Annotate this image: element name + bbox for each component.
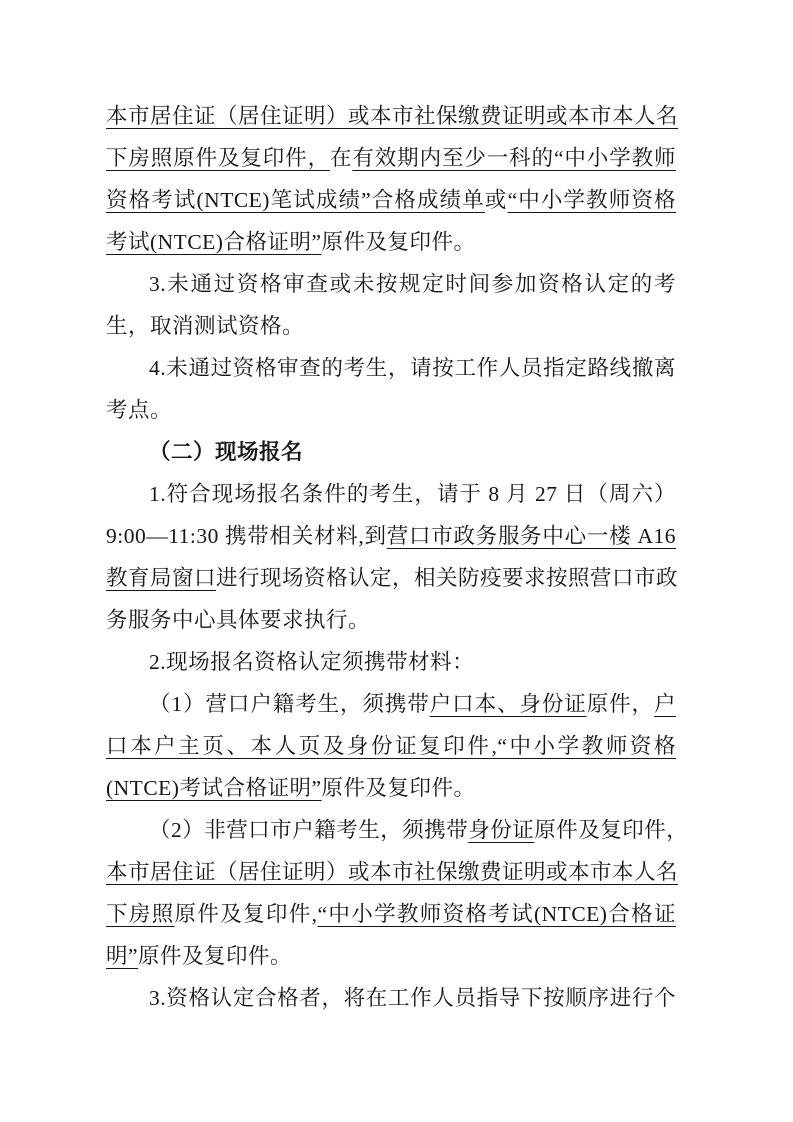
text-line: 4.未通过资格审查的考生，请按工作人员指定路线撤离 (106, 347, 676, 389)
text-run: 3.未通过资格审查或未按规定时间参加资格认定的考 (149, 272, 676, 296)
text-line: 明”原件及复印件。 (106, 935, 676, 977)
underlined-text-run: “中小学教师资格 (508, 188, 676, 212)
text-line: 考试(NTCE)合格证明”原件及复印件。 (106, 221, 676, 263)
underlined-text-run: 本市居住证（居住证明）或本市社保缴费证明或本市本人名 (106, 104, 678, 128)
underlined-text-run: 明” (106, 944, 138, 968)
underlined-text-run: 下房照 (106, 902, 175, 926)
text-run: （2）非营口市户籍考生，须携带 (149, 818, 468, 842)
document-page: 本市居住证（居住证明）或本市社保缴费证明或本市本人名下房照原件及复印件，在有效期… (0, 0, 793, 1122)
underlined-text-run: 营口市政务服务中心一楼 A16 (387, 524, 676, 548)
text-run: 原件及复印件, (175, 902, 318, 926)
text-line: 资格考试(NTCE)笔试成绩”合格成绩单或“中小学教师资格 (106, 179, 676, 221)
underlined-text-run: 户口本、身份证 (430, 692, 587, 716)
text-run: 原件及复印件。 (322, 230, 476, 254)
text-line: 本市居住证（居住证明）或本市社保缴费证明或本市本人名 (106, 95, 676, 137)
text-line: 9:00—11:30 携带相关材料,到营口市政务服务中心一楼 A16 (106, 515, 676, 557)
text-run: 1.符合现场报名条件的考生，请于 8 月 27 日（周六） (149, 482, 676, 506)
text-line: 考点。 (106, 389, 676, 431)
text-line: （1）营口户籍考生，须携带户口本、身份证原件，户 (106, 683, 676, 725)
text-run: 生，取消测试资格。 (106, 314, 304, 338)
text-run: 考点。 (106, 398, 172, 422)
underlined-text-run: “中小学教师资格考试(NTCE)合格证 (318, 902, 676, 926)
text-run: 4.未通过资格审查的考生，请按工作人员指定路线撤离 (149, 356, 676, 380)
text-run: 9:00—11:30 携带相关材料,到 (106, 524, 387, 548)
underlined-text-run: 身份证 (468, 818, 534, 842)
underlined-text-run: 户 (654, 692, 676, 716)
text-run: 原件及复印件， (534, 818, 688, 842)
text-line: 教育局窗口进行现场资格认定，相关防疫要求按照营口市政 (106, 557, 676, 599)
text-run: 务服务中心具体要求执行。 (106, 608, 370, 632)
text-run: 2.现场报名资格认定须携带材料： (149, 650, 474, 674)
text-line: (NTCE)考试合格证明”原件及复印件。 (106, 767, 676, 809)
text-run: 在 (330, 146, 352, 170)
underlined-text-run: 资格考试(NTCE)笔试成绩”合格成绩单 (106, 188, 485, 212)
text-run: （1）营口户籍考生，须携带 (149, 692, 430, 716)
underlined-text-run: 下房照原件及复印件， (106, 146, 330, 170)
underlined-text-run: (NTCE)考试合格证明” (106, 776, 322, 800)
document-body: 本市居住证（居住证明）或本市社保缴费证明或本市本人名下房照原件及复印件，在有效期… (106, 95, 676, 1019)
text-run: 原件， (587, 692, 654, 716)
text-line: 3.未通过资格审查或未按规定时间参加资格认定的考 (106, 263, 676, 305)
text-line: 务服务中心具体要求执行。 (106, 599, 676, 641)
text-run: 原件及复印件。 (322, 776, 476, 800)
underlined-text-run: 考试(NTCE)合格证明” (106, 230, 322, 254)
text-run: 或 (485, 188, 508, 212)
text-line: 3.资格认定合格者，将在工作人员指导下按顺序进行个 (106, 977, 676, 1019)
text-line: 下房照原件及复印件,“中小学教师资格考试(NTCE)合格证 (106, 893, 676, 935)
underlined-text-run: 教育局窗口 (106, 566, 216, 590)
text-line: 本市居住证（居住证明）或本市社保缴费证明或本市本人名 (106, 851, 676, 893)
text-line: （二）现场报名 (106, 431, 676, 473)
text-line: 生，取消测试资格。 (106, 305, 676, 347)
text-line: 2.现场报名资格认定须携带材料： (106, 641, 676, 683)
underlined-text-run: 有效期内至少一科的“中小学教师 (352, 146, 676, 170)
text-run: 原件及复印件。 (138, 944, 292, 968)
underlined-text-run: 本市居住证（居住证明）或本市社保缴费证明或本市本人名 (106, 860, 678, 884)
underlined-text-run: 口本户主页、本人页及身份证复印件,“中小学教师资格 (106, 734, 676, 758)
text-line: 下房照原件及复印件，在有效期内至少一科的“中小学教师 (106, 137, 676, 179)
section-heading-text: （二）现场报名 (149, 440, 303, 464)
text-line: （2）非营口市户籍考生，须携带身份证原件及复印件， (106, 809, 676, 851)
text-run: 3.资格认定合格者，将在工作人员指导下按顺序进行个 (149, 986, 676, 1010)
text-line: 口本户主页、本人页及身份证复印件,“中小学教师资格 (106, 725, 676, 767)
text-run: 进行现场资格认定，相关防疫要求按照营口市政 (216, 566, 678, 590)
text-line: 1.符合现场报名条件的考生，请于 8 月 27 日（周六） (106, 473, 676, 515)
